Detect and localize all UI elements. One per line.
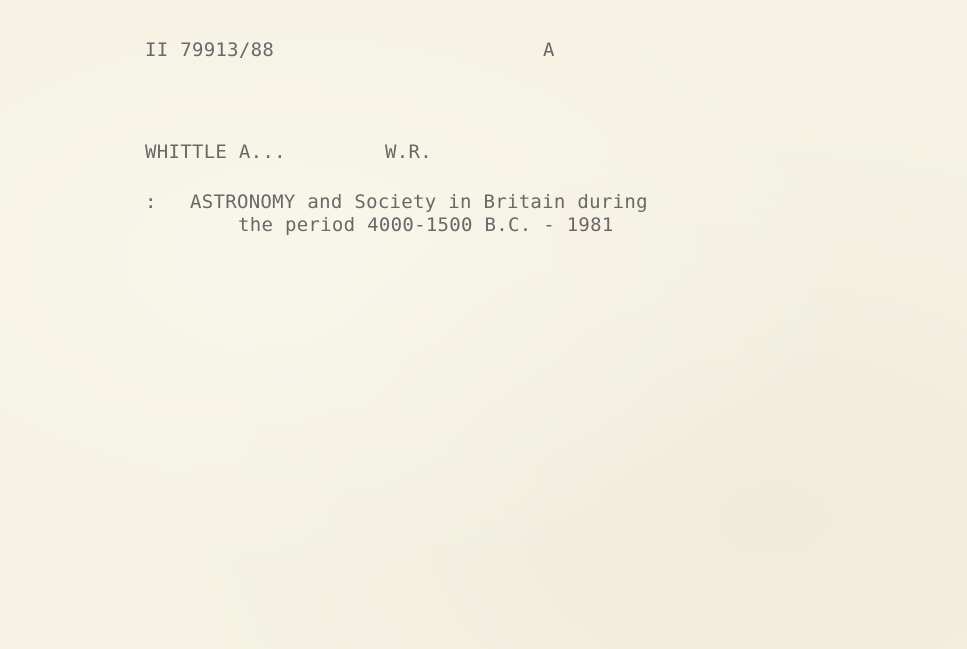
title-line-2: the period 4000-1500 B.C. - 1981 <box>238 213 614 237</box>
section-letter: A <box>543 38 555 62</box>
author-surname: WHITTLE A... <box>145 140 286 164</box>
title-separator: : <box>145 190 157 214</box>
author-initials: W.R. <box>385 140 432 164</box>
title-line-1: ASTRONOMY and Society in Britain during <box>190 190 648 214</box>
call-number: II 79913/88 <box>145 38 274 62</box>
catalog-card: II 79913/88 A WHITTLE A... W.R. : ASTRON… <box>0 0 967 649</box>
